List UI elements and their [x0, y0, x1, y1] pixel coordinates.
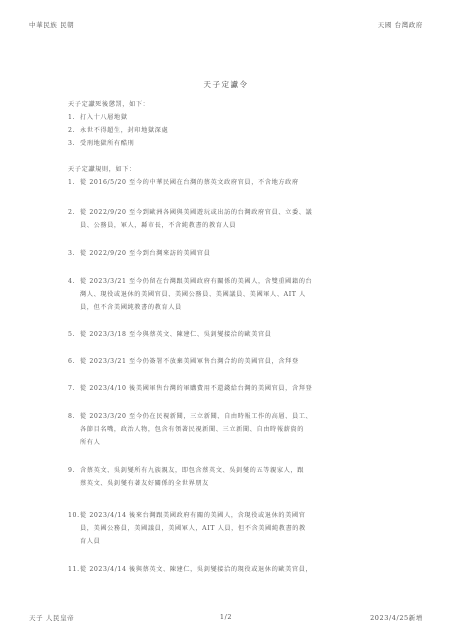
header-right: 天國 台灣政府: [378, 20, 423, 29]
rule-item: 1.從 2016/5/20 至今的中華民國在台灣的蔡英文政府官員，不含地方政府: [68, 176, 378, 189]
rule-number: 9.: [68, 464, 80, 477]
rule-line: 育人員: [68, 535, 378, 548]
rule-number: 2.: [68, 206, 80, 219]
rule-line: 從 2023/3/21 至今仍簽署不放棄美國軍售台灣合約的美國官員，含拜登: [80, 358, 299, 365]
rule-number: 6.: [68, 355, 80, 368]
item-text: 永世不得超生，封印地獄深處: [80, 127, 168, 134]
rule-line: 蔡英文、吳釗燮有著友好關係的全世界朋友: [68, 477, 378, 490]
punishment-item: 3.受刑地獄所有酷刑: [68, 137, 368, 150]
rule-line: 含蔡英文、吳釗燮所有九族親友，即包含蔡英文、吳釗燮的五等親家人，跟: [80, 467, 304, 474]
document-title: 天子定讞令: [0, 79, 452, 90]
rule-line: 從 2023/3/21 至今仍留在台灣跟美國政府有關係的美國人，含雙重國籍的台: [80, 278, 312, 285]
rule-line: 從 2023/4/14 後與蔡英文、陳建仁，吳釗燮接洽的現役或退休的歐美官員，: [80, 566, 312, 573]
item-text: 打入十八層地獄: [80, 114, 128, 121]
punishment-item: 2.永世不得超生，封印地獄深處: [68, 124, 368, 137]
rule-number: 4.: [68, 275, 80, 288]
item-text: 受刑地獄所有酷刑: [80, 140, 134, 147]
rule-item: 4.從 2023/3/21 至今仍留在台灣跟美國政府有關係的美國人，含雙重國籍的…: [68, 275, 378, 314]
rule-number: 10.: [68, 509, 80, 522]
header-left: 中華民族 民朝: [29, 20, 74, 29]
rule-number: 5.: [68, 328, 80, 341]
rule-line: 從 2023/3/18 至今與蔡英文、陳建仁、吳釗燮接洽的歐美官員: [80, 331, 272, 338]
rule-line: 從 2016/5/20 至今的中華民國在台灣的蔡英文政府官員，不含地方政府: [80, 179, 299, 186]
rule-line: 從 2023/3/20 至今仍在民視新聞，三立新聞、自由時報工作的高層、員工、: [80, 413, 312, 420]
punishment-intro: 天子定讞死後懲罰，如下：: [68, 98, 368, 111]
rule-number: 3.: [68, 247, 80, 260]
rule-number: 11.: [68, 563, 80, 576]
rule-number: 8.: [68, 410, 80, 423]
item-number: 2.: [68, 124, 80, 137]
rule-item: 6.從 2023/3/21 至今仍簽署不放棄美國軍售台灣合約的美國官員，含拜登: [68, 355, 378, 368]
rule-number: 7.: [68, 382, 80, 395]
rule-line: 從 2022/9/20 至今到歐洲各國與美國遊玩或出訪的台灣政府官員、立委、議: [80, 209, 312, 216]
item-number: 1.: [68, 111, 80, 124]
rule-item: 11.從 2023/4/14 後與蔡英文、陳建仁，吳釗燮接洽的現役或退休的歐美官…: [68, 563, 378, 576]
rule-line: 各節目名嘴，政治人物，包含有領著民視新聞、三立新聞、自由時報薪資的: [68, 423, 378, 436]
rule-line: 灣人、現役或退休的美國官員、美國公務員、美國議員、美國軍人、AIT 人: [68, 288, 378, 301]
rules-intro: 天子定讞規則，如下：: [68, 163, 368, 176]
rule-item: 2.從 2022/9/20 至今到歐洲各國與美國遊玩或出訪的台灣政府官員、立委、…: [68, 206, 378, 232]
rule-item: 5.從 2023/3/18 至今與蔡英文、陳建仁、吳釗燮接洽的歐美官員: [68, 328, 378, 341]
rule-line: 從 2022/9/20 至今到台灣來訪的美國官員: [80, 250, 211, 257]
footer-right: 2023/4/25新增: [370, 613, 423, 622]
punishment-section: 天子定讞死後懲罰，如下： 1.打入十八層地獄 2.永世不得超生，封印地獄深處 3…: [68, 98, 368, 150]
rule-item: 7.從 2023/4/10 後美國軍售台灣的軍購費用不還錢給台灣的美國官員，含拜…: [68, 382, 378, 395]
rule-line: 員，美國公務員，美國議員，美國軍人，AIT 人員，但不含美國純教書的教: [68, 522, 378, 535]
rule-item: 8.從 2023/3/20 至今仍在民視新聞，三立新聞、自由時報工作的高層、員工…: [68, 410, 378, 449]
document-page: 中華民族 民朝 天國 台灣政府 天子定讞令 天子定讞死後懲罰，如下： 1.打入十…: [0, 0, 452, 640]
rule-item: 10.從 2023/4/14 後來台灣跟美國政府有關的美國人，含現役或退休的美國…: [68, 509, 378, 548]
rule-item: 3.從 2022/9/20 至今到台灣來訪的美國官員: [68, 247, 378, 260]
rule-line: 員，但不含美國純教書的教育人員: [68, 301, 378, 314]
rule-line: 員、公務員，軍人，縣市長，不含純教書的教育人員: [68, 219, 378, 232]
rule-number: 1.: [68, 176, 80, 189]
punishment-item: 1.打入十八層地獄: [68, 111, 368, 124]
rule-item: 9.含蔡英文、吳釗燮所有九族親友，即包含蔡英文、吳釗燮的五等親家人，跟 蔡英文、…: [68, 464, 378, 490]
rule-line: 從 2023/4/10 後美國軍售台灣的軍購費用不還錢給台灣的美國官員，含拜登: [80, 385, 312, 392]
rule-line: 從 2023/4/14 後來台灣跟美國政府有關的美國人，含現役或退休的美國官: [80, 512, 306, 519]
rule-line: 所有人: [68, 436, 378, 449]
item-number: 3.: [68, 137, 80, 150]
